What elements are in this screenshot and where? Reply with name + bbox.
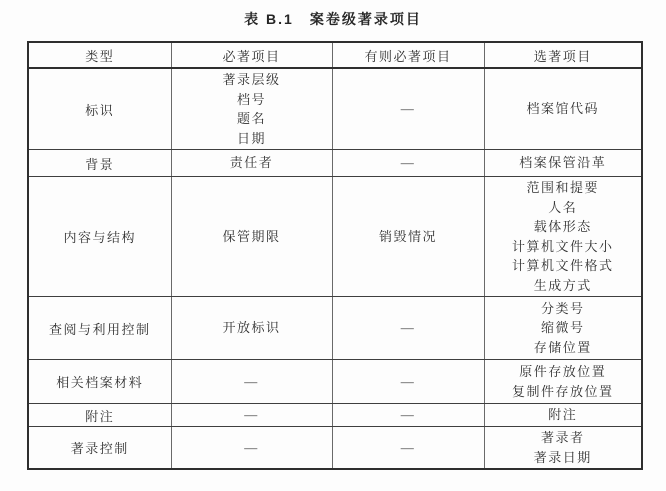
header-optional: 选著项目 bbox=[484, 42, 642, 68]
header-conditional: 有则必著项目 bbox=[332, 42, 484, 68]
cell-conditional: — bbox=[332, 427, 484, 470]
cell-type: 标识 bbox=[28, 68, 171, 150]
cell-optional: 档案馆代码 bbox=[484, 68, 642, 150]
cell-required: — bbox=[171, 427, 332, 470]
cell-required: — bbox=[171, 404, 332, 427]
description-items-table: 类型 必著项目 有则必著项目 选著项目 标识 著录层级档号题名日期 — 档案馆代… bbox=[27, 41, 643, 470]
table-row-notes: 附注 — — 附注 bbox=[28, 404, 642, 427]
cell-optional: 分类号缩微号存储位置 bbox=[484, 297, 642, 360]
cell-optional: 著录者著录日期 bbox=[484, 427, 642, 470]
table-row-identification: 标识 著录层级档号题名日期 — 档案馆代码 bbox=[28, 68, 642, 150]
document-page: 表 B.1 案卷级著录项目 类型 必著项目 有则必著项目 选著项目 标识 著录层… bbox=[0, 0, 666, 491]
cell-conditional: — bbox=[332, 297, 484, 360]
cell-required: 保管期限 bbox=[171, 177, 332, 297]
cell-conditional: 销毁情况 bbox=[332, 177, 484, 297]
cell-type: 著录控制 bbox=[28, 427, 171, 470]
cell-type: 背景 bbox=[28, 150, 171, 177]
cell-optional: 档案保管沿革 bbox=[484, 150, 642, 177]
table-title: 表 B.1 案卷级著录项目 bbox=[0, 9, 666, 29]
header-required: 必著项目 bbox=[171, 42, 332, 68]
cell-conditional: — bbox=[332, 404, 484, 427]
cell-optional: 范围和提要人名载体形态计算机文件大小计算机文件格式生成方式 bbox=[484, 177, 642, 297]
table-row-description-control: 著录控制 — — 著录者著录日期 bbox=[28, 427, 642, 470]
table-row-background: 背景 责任者 — 档案保管沿革 bbox=[28, 150, 642, 177]
cell-required: — bbox=[171, 360, 332, 404]
table-header-row: 类型 必著项目 有则必著项目 选著项目 bbox=[28, 42, 642, 68]
cell-required: 责任者 bbox=[171, 150, 332, 177]
cell-type: 内容与结构 bbox=[28, 177, 171, 297]
cell-type: 查阅与利用控制 bbox=[28, 297, 171, 360]
cell-required: 开放标识 bbox=[171, 297, 332, 360]
header-type: 类型 bbox=[28, 42, 171, 68]
table-row-related-materials: 相关档案材料 — — 原件存放位置复制件存放位置 bbox=[28, 360, 642, 404]
cell-conditional: — bbox=[332, 360, 484, 404]
cell-optional: 附注 bbox=[484, 404, 642, 427]
table-row-content-structure: 内容与结构 保管期限 销毁情况 范围和提要人名载体形态计算机文件大小计算机文件格… bbox=[28, 177, 642, 297]
cell-type: 附注 bbox=[28, 404, 171, 427]
cell-type: 相关档案材料 bbox=[28, 360, 171, 404]
table-row-access-control: 查阅与利用控制 开放标识 — 分类号缩微号存储位置 bbox=[28, 297, 642, 360]
cell-conditional: — bbox=[332, 150, 484, 177]
cell-optional: 原件存放位置复制件存放位置 bbox=[484, 360, 642, 404]
cell-conditional: — bbox=[332, 68, 484, 150]
cell-required: 著录层级档号题名日期 bbox=[171, 68, 332, 150]
